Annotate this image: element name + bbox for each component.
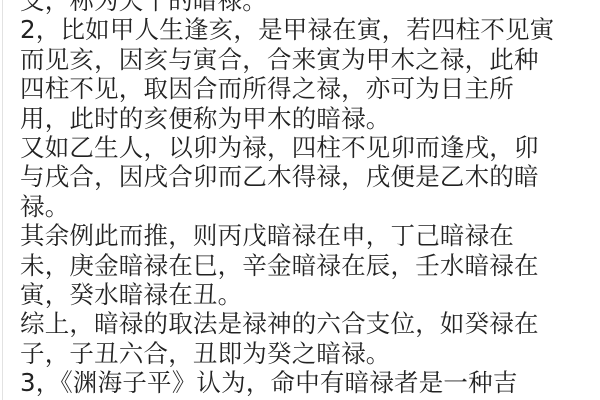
- text-line: 而见亥，因亥与寅合，合来寅为甲木之禄，此种: [20, 45, 590, 74]
- text-line: 用，此时的亥便称为甲木的暗禄。: [20, 104, 590, 133]
- text-line: 禄。: [20, 192, 590, 221]
- text-line: 2，比如甲人生逢亥，是甲禄在寅，若四柱不见寅: [20, 15, 590, 44]
- text-line: 综上，暗禄的取法是禄神的六合支位，如癸禄在: [20, 309, 590, 338]
- text-line: 又如乙生人，以卯为禄，四柱不见卯而逢戌，卯: [20, 133, 590, 162]
- text-line: 支，称为天干的暗禄。: [20, 0, 590, 15]
- text-line: 子，子丑六合，丑即为癸之暗禄。: [20, 339, 590, 368]
- text-line: 寅，癸水暗禄在丑。: [20, 280, 590, 309]
- text-line: 未，庚金暗禄在巳，辛金暗禄在辰，壬水暗禄在: [20, 251, 590, 280]
- article-body: 支，称为天干的暗禄。 2，比如甲人生逢亥，是甲禄在寅，若四柱不见寅 而见亥，因亥…: [20, 0, 590, 397]
- page-edge-divider: [2, 0, 3, 400]
- text-line: 其余例此而推，则丙戊暗禄在申，丁己暗禄在: [20, 221, 590, 250]
- text-line: 与戌合，因戌合卯而乙木得禄，戌便是乙木的暗: [20, 162, 590, 191]
- text-line: 四柱不见，取因合而所得之禄，亦可为日主所: [20, 74, 590, 103]
- text-line: 3，《渊海子平》认为，命中有暗禄者是一种吉: [20, 368, 590, 397]
